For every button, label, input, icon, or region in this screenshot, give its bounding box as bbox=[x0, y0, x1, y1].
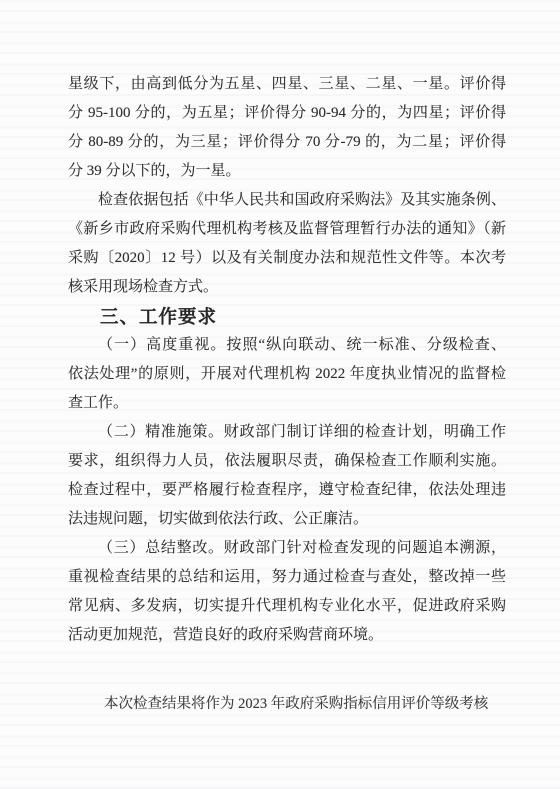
text-line: （一）高度重视。按照“纵向联动、统一标准、分级检查、 bbox=[68, 331, 506, 360]
text-line: 要求，组织得力人员，依法履职尽责，确保检查工作顺利实施。 bbox=[68, 447, 506, 476]
text-line: 依法处理”的原则，开展对代理机构 2022 年度执业情况的监督检 bbox=[68, 360, 506, 389]
text-line: 查工作。 bbox=[68, 389, 506, 418]
text-line: 采购〔2020〕12 号）以及有关制度办法和规范性文件等。本次考 bbox=[68, 244, 506, 273]
text-line: 核采用现场检查方式。 bbox=[68, 273, 506, 302]
text-line: 星级下，由高到低分为五星、四星、三星、二星、一星。评价得 bbox=[68, 70, 506, 99]
paragraph-result-note: 本次检查结果将作为 2023 年政府采购指标信用评价等级考核 bbox=[68, 690, 506, 719]
text-line: 检查依据包括《中华人民共和国政府采购法》及其实施条例、 bbox=[68, 186, 506, 215]
paragraph-item-one: （一）高度重视。按照“纵向联动、统一标准、分级检查、 依法处理”的原则，开展对代… bbox=[68, 331, 506, 418]
document-page: 星级下，由高到低分为五星、四星、三星、二星、一星。评价得 分 95-100 分的… bbox=[0, 0, 560, 789]
text-line: 常见病、多发病，切实提升代理机构专业化水平，促进政府采购 bbox=[68, 592, 506, 621]
text-line: （三）总结整改。财政部门针对检查发现的问题追本溯源， bbox=[68, 534, 506, 563]
document-body: 星级下，由高到低分为五星、四星、三星、二星、一星。评价得 分 95-100 分的… bbox=[68, 70, 506, 719]
text-line: 检查过程中，要严格履行检查程序，遵守检查纪律，依法处理违 bbox=[68, 476, 506, 505]
paragraph-item-three: （三）总结整改。财政部门针对检查发现的问题追本溯源， 重视检查结果的总结和运用，… bbox=[68, 534, 506, 650]
text-line: （二）精准施策。财政部门制订详细的检查计划，明确工作 bbox=[68, 418, 506, 447]
paragraph-item-two: （二）精准施策。财政部门制订详细的检查计划，明确工作 要求，组织得力人员，依法履… bbox=[68, 418, 506, 534]
paragraph-inspection-basis: 检查依据包括《中华人民共和国政府采购法》及其实施条例、 《新乡市政府采购代理机构… bbox=[68, 186, 506, 302]
text-line: 分 80-89 分的，为三星；评价得分 70 分-79 的，为二星；评价得 bbox=[68, 128, 506, 157]
paragraph-star-ratings: 星级下，由高到低分为五星、四星、三星、二星、一星。评价得 分 95-100 分的… bbox=[68, 70, 506, 186]
note-line: 本次检查结果将作为 2023 年政府采购指标信用评价等级考核 bbox=[104, 690, 506, 719]
section-heading: 三、工作要求 bbox=[68, 302, 506, 331]
text-line: 重视检查结果的总结和运用，努力通过检查与查处，整改掉一些 bbox=[68, 563, 506, 592]
section-heading-work-requirements: 三、工作要求 bbox=[68, 302, 506, 331]
text-line: 法违规问题，切实做到依法行政、公正廉洁。 bbox=[68, 505, 506, 534]
text-line: 《新乡市政府采购代理机构考核及监督管理暂行办法的通知》（新 bbox=[68, 215, 506, 244]
text-line: 分 39 分以下的，为一星。 bbox=[68, 157, 506, 186]
text-line: 分 95-100 分的，为五星；评价得分 90-94 分的，为四星；评价得 bbox=[68, 99, 506, 128]
text-line: 活动更加规范，营造良好的政府采购营商环境。 bbox=[68, 621, 506, 650]
